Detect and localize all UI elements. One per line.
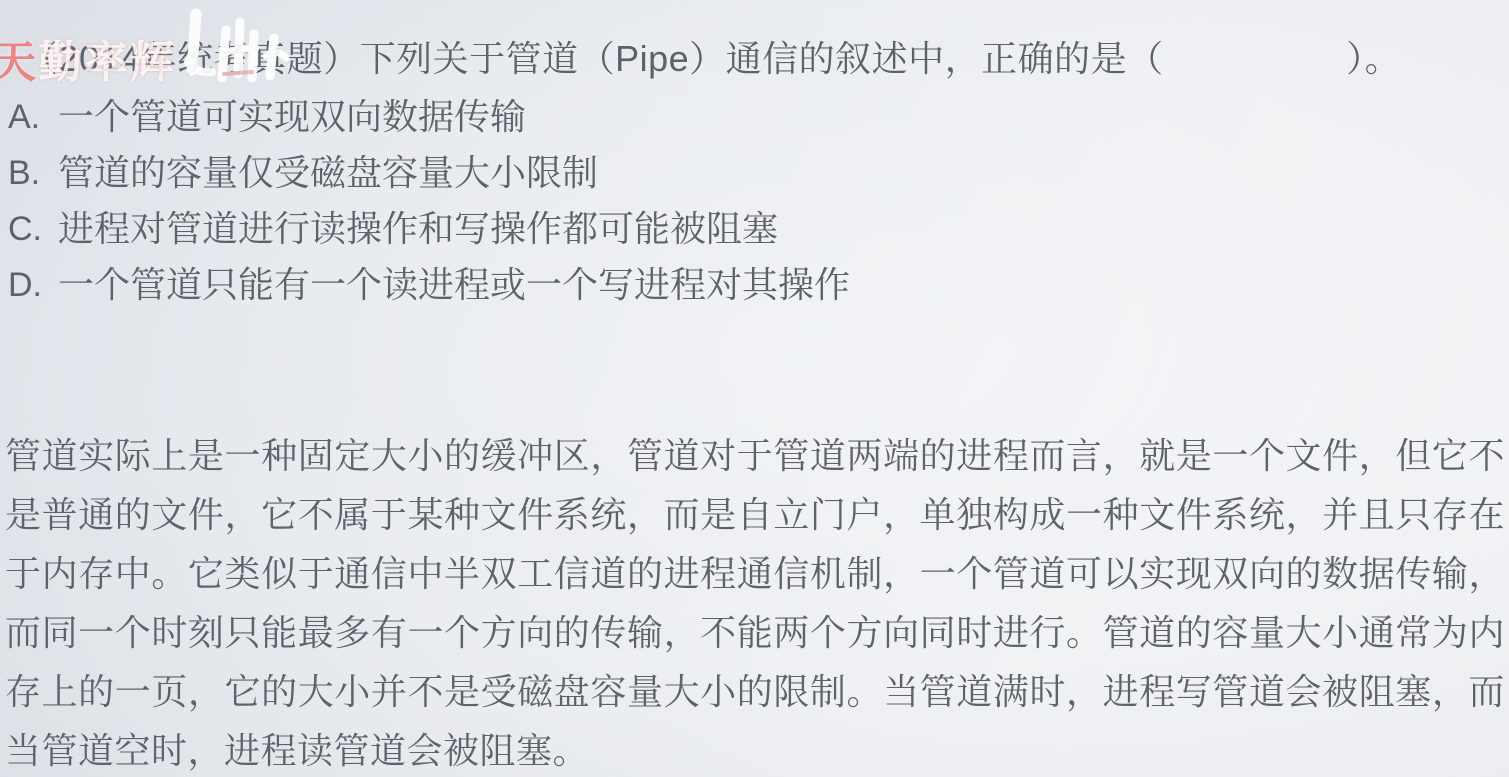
explanation-paragraph: 管道实际上是一种固定大小的缓冲区，管道对于管道两端的进程而言，就是一个文件，但它… bbox=[5, 426, 1505, 777]
option-a: A. 一个管道可实现双向数据传输 bbox=[8, 94, 850, 150]
option-b-text: 管道的容量仅受磁盘容量大小限制 bbox=[58, 150, 598, 196]
option-b: B. 管道的容量仅受磁盘容量大小限制 bbox=[8, 150, 850, 206]
option-a-text: 一个管道可实现双向数据传输 bbox=[58, 94, 526, 140]
option-d: D. 一个管道只能有一个读进程或一个写进程对其操作 bbox=[8, 262, 850, 318]
question-stem: （2014年统考真题）下列关于管道（Pipe）通信的叙述中，正确的是（ ）。 bbox=[22, 36, 1493, 82]
option-c-text: 进程对管道进行读操作和写操作都可能被阻塞 bbox=[58, 206, 778, 252]
exam-slide: 天勤率辉 （2014年统考真题）下列关于管道（Pipe）通信的叙述中，正确的是（… bbox=[0, 0, 1509, 777]
option-d-label: D. bbox=[8, 262, 58, 308]
options-list: A. 一个管道可实现双向数据传输 B. 管道的容量仅受磁盘容量大小限制 C. 进… bbox=[8, 94, 850, 318]
option-c: C. 进程对管道进行读操作和写操作都可能被阻塞 bbox=[8, 206, 850, 262]
option-a-label: A. bbox=[8, 94, 58, 140]
option-b-label: B. bbox=[8, 150, 58, 196]
option-c-label: C. bbox=[8, 206, 58, 252]
option-d-text: 一个管道只能有一个读进程或一个写进程对其操作 bbox=[58, 262, 850, 308]
